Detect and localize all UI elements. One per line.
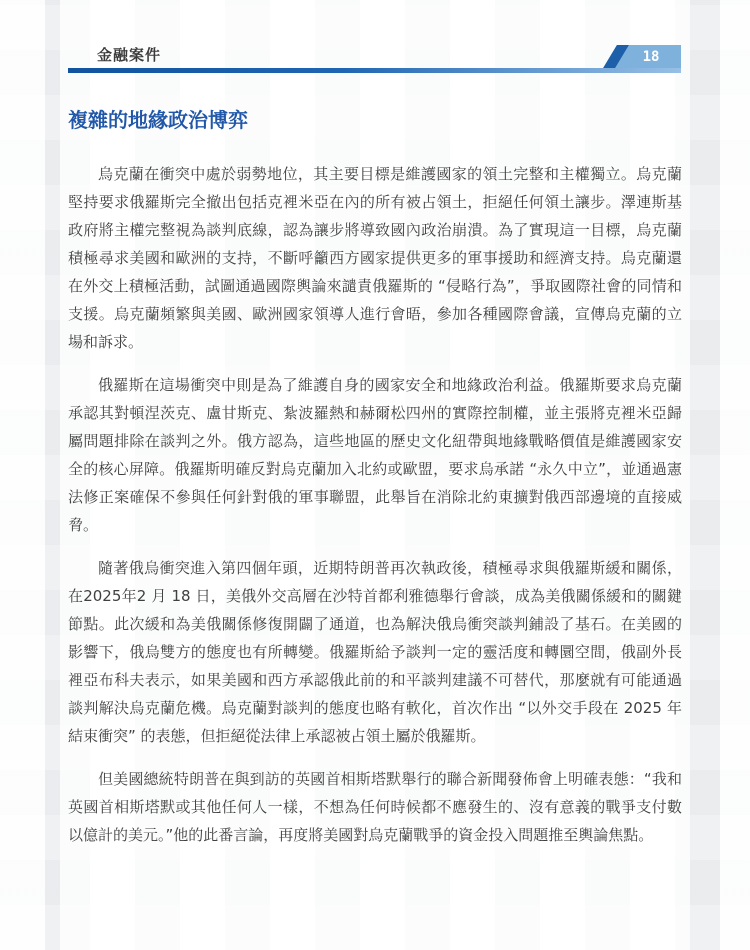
page-number: 18 (621, 45, 681, 68)
article-paragraph-2: 俄羅斯在這場衝突中則是為了維護自身的國家安全和地緣政治利益。俄羅斯要求烏克蘭承認… (68, 371, 682, 539)
document-page: 金融案件 18 複雜的地緣政治博弈 烏克蘭在衝突中處於弱勢地位，其主要目標是維護… (0, 0, 750, 950)
article-paragraph-1: 烏克蘭在衝突中處於弱勢地位，其主要目標是維護國家的領土完整和主權獨立。烏克蘭堅持… (68, 160, 682, 356)
article-paragraph-4: 但美國總統特朗普在與到訪的英國首相斯塔默舉行的聯合新聞發佈會上明確表態：“我和英… (68, 765, 682, 849)
article-title: 複雜的地緣政治博弈 (68, 108, 682, 133)
page-number-badge: 18 (599, 45, 681, 68)
article-body: 烏克蘭在衝突中處於弱勢地位，其主要目標是維護國家的領土完整和主權獨立。烏克蘭堅持… (68, 160, 682, 849)
article-paragraph-3: 隨著俄烏衝突進入第四個年頭，近期特朗普再次執政後，積極尋求與俄羅斯緩和關係，在2… (68, 554, 682, 750)
content-sheet: 金融案件 18 複雜的地緣政治博弈 烏克蘭在衝突中處於弱勢地位，其主要目標是維護… (60, 0, 690, 950)
header-divider (68, 68, 681, 73)
article: 複雜的地緣政治博弈 烏克蘭在衝突中處於弱勢地位，其主要目標是維護國家的領土完整和… (68, 108, 682, 864)
chapter-title: 金融案件 (97, 44, 161, 65)
